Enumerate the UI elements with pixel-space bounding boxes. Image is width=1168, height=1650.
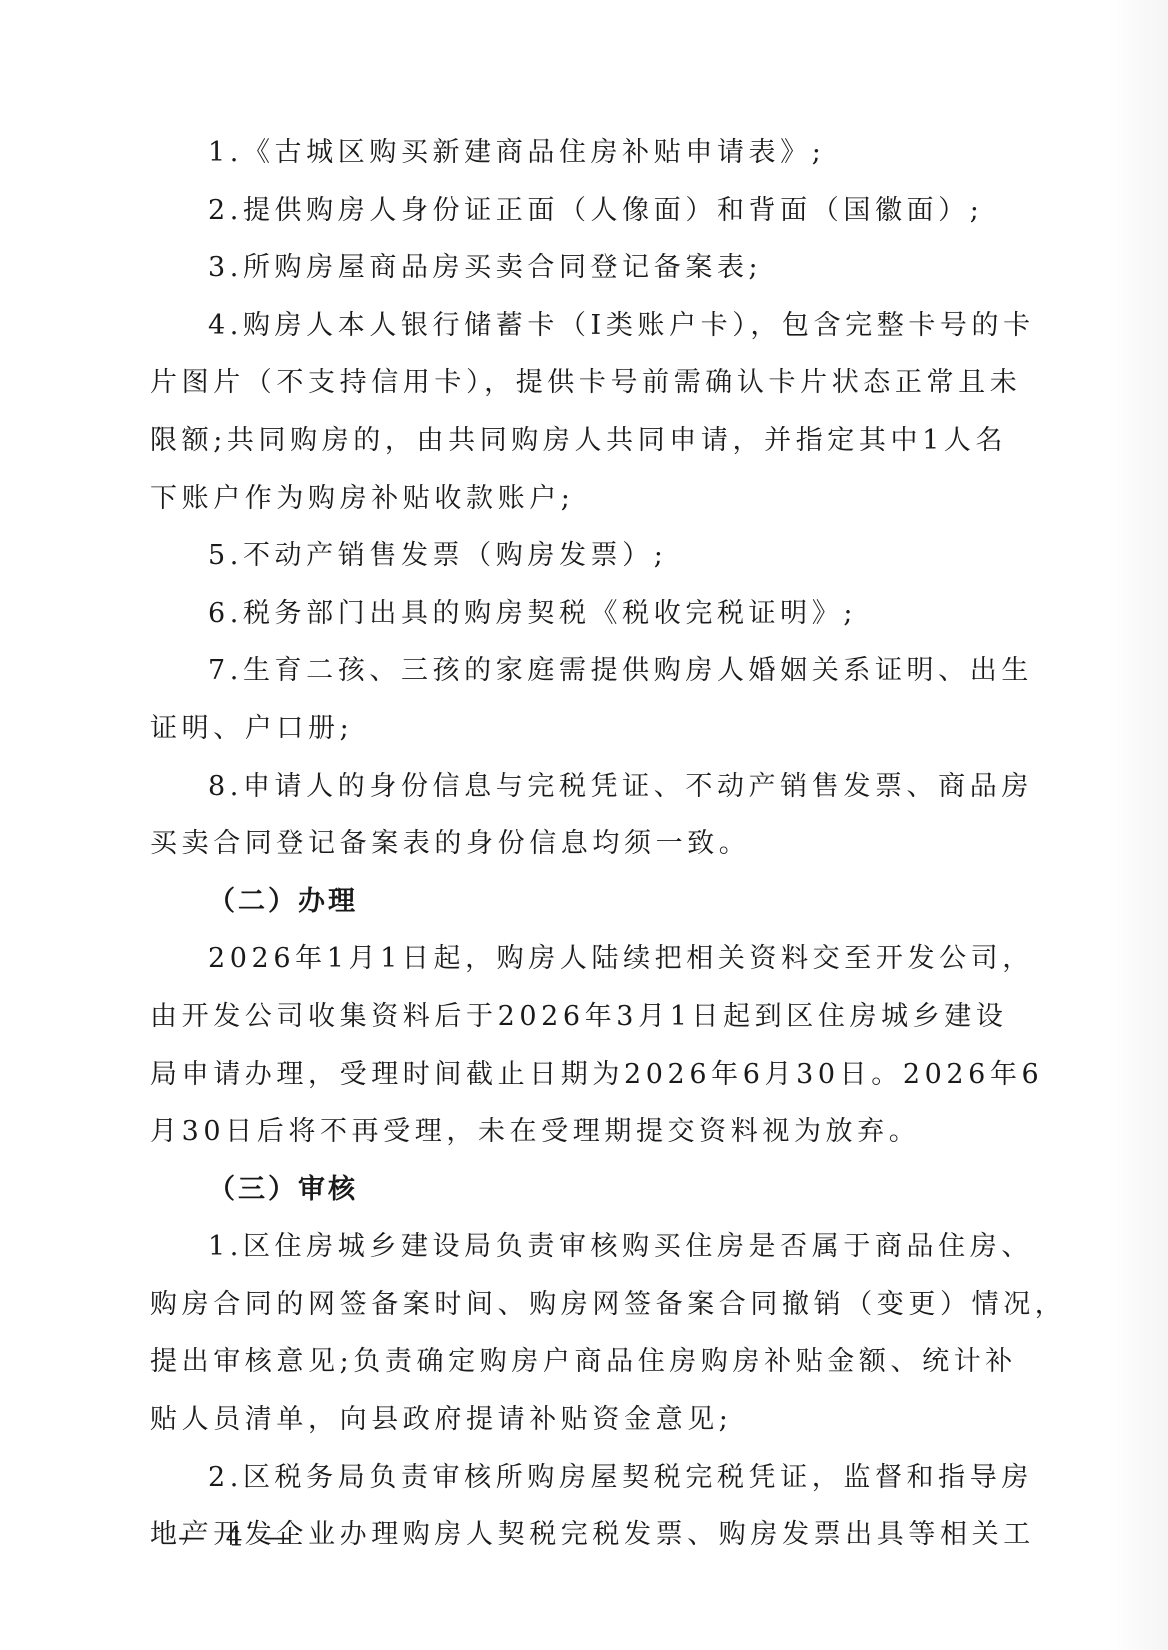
review-item-2: 2.区税务局负责审核所购房屋契税完税凭证，监督和指导房 bbox=[150, 1449, 990, 1507]
list-item-7-cont: 证明、户口册; bbox=[150, 700, 990, 758]
processing-paragraph-cont: 月30日后将不再受理，未在受理期提交资料视为放弃。 bbox=[150, 1103, 990, 1161]
review-item-1: 1.区住房城乡建设局负责审核购买住房是否属于商品住房、 bbox=[150, 1218, 990, 1276]
list-item-1: 1.《古城区购买新建商品住房补贴申请表》; bbox=[150, 124, 990, 182]
list-item-4-cont: 下账户作为购房补贴收款账户; bbox=[150, 470, 990, 528]
document-body: 1.《古城区购买新建商品住房补贴申请表》; 2.提供购房人身份证正面（人像面）和… bbox=[150, 124, 990, 1564]
processing-paragraph-cont: 局申请办理，受理时间截止日期为2026年6月30日。2026年6 bbox=[150, 1046, 990, 1104]
list-item-4-cont: 片图片（不支持信用卡），提供卡号前需确认卡片状态正常且未 bbox=[150, 354, 990, 412]
review-item-1-cont: 提出审核意见;负责确定购房户商品住房购房补贴金额、统计补 bbox=[150, 1333, 990, 1391]
list-item-6: 6.税务部门出具的购房契税《税收完税证明》; bbox=[150, 585, 990, 643]
page-edge-shadow bbox=[1108, 0, 1168, 1650]
list-item-3: 3.所购房屋商品房买卖合同登记备案表; bbox=[150, 239, 990, 297]
processing-paragraph-cont: 由开发公司收集资料后于2026年3月1日起到区住房城乡建设 bbox=[150, 988, 990, 1046]
review-item-1-cont: 贴人员清单，向县政府提请补贴资金意见; bbox=[150, 1391, 990, 1449]
processing-paragraph: 2026年1月1日起，购房人陆续把相关资料交至开发公司， bbox=[150, 930, 990, 988]
list-item-4-cont: 限额;共同购房的，由共同购房人共同申请，并指定其中1人名 bbox=[150, 412, 990, 470]
list-item-4: 4.购房人本人银行储蓄卡（I类账户卡），包含完整卡号的卡 bbox=[150, 297, 990, 355]
list-item-7: 7.生育二孩、三孩的家庭需提供购房人婚姻关系证明、出生 bbox=[150, 642, 990, 700]
list-item-8-cont: 买卖合同登记备案表的身份信息均须一致。 bbox=[150, 815, 990, 873]
section-heading-processing: （二）办理 bbox=[150, 873, 990, 931]
list-item-5: 5.不动产销售发票（购房发票）; bbox=[150, 527, 990, 585]
section-heading-review: （三）审核 bbox=[150, 1161, 990, 1219]
review-item-1-cont: 购房合同的网签备案时间、购房网签备案合同撤销（变更）情况， bbox=[150, 1276, 990, 1334]
list-item-8: 8.申请人的身份信息与完税凭证、不动产销售发票、商品房 bbox=[150, 758, 990, 816]
list-item-2: 2.提供购房人身份证正面（人像面）和背面（国徽面）; bbox=[150, 182, 990, 240]
document-page: 1.《古城区购买新建商品住房补贴申请表》; 2.提供购房人身份证正面（人像面）和… bbox=[0, 0, 1168, 1650]
page-number: — 4 — bbox=[178, 1522, 296, 1553]
